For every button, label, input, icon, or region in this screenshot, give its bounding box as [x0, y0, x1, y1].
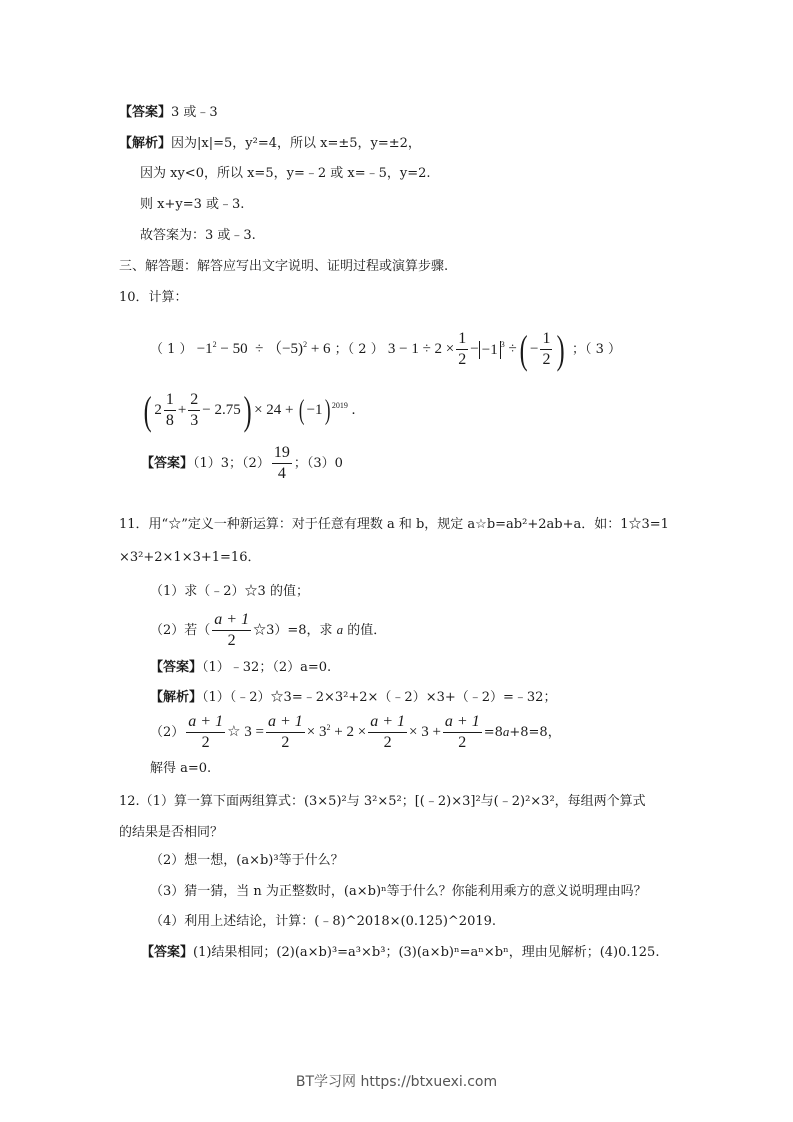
analysis-label: 【解析】: [150, 690, 202, 705]
analysis-text: 因为|x|=5，y²=4，所以 x=±5，y=±2，: [171, 136, 421, 151]
answer-label: 【答案】: [119, 105, 171, 120]
q11-sub-2: （2）若（a + 12☆3）=8，求 a 的值．: [150, 608, 386, 653]
q11-sub-1: （1）求（﹣2）☆3 的值；: [150, 583, 309, 601]
q10-part1-label: （ 1 ）: [150, 342, 193, 357]
q12-answer: 【答案】(1)结果相同；(2)(a×b)³=a³×b³；(3)(a×b)ⁿ=aⁿ…: [141, 944, 659, 962]
answer-text: (1)结果相同；(2)(a×b)³=a³×b³；(3)(a×b)ⁿ=aⁿ×bⁿ，…: [193, 945, 659, 960]
q12-stem-line-1: 12.（1）算一算下面两组算式：(3×5)²与 3²×5²；[(﹣2)×3]²与…: [119, 793, 646, 811]
analysis-label: 【解析】: [119, 136, 171, 151]
analysis-text: （1）（﹣2）☆3=﹣2×3²+2×（﹣2）×3+（﹣2）=﹣32；: [202, 690, 556, 705]
answer-label: 【答案】: [141, 456, 193, 471]
q9-answer: 【答案】3 或﹣3: [119, 104, 218, 122]
q11-analysis-line-1: 【解析】（1）（﹣2）☆3=﹣2×3²+2×（﹣2）×3+（﹣2）=﹣32；: [150, 689, 556, 707]
q11-answer: 【答案】（1）﹣32；（2）a=0.: [150, 659, 331, 677]
q10-problems-line: （ 1 ） −12 − 50 ÷ （−5)2 + 6 ；（ 2 ） 3 − 1 …: [150, 327, 621, 372]
q9-analysis-line-4: 故答案为：3 或﹣3.: [140, 227, 256, 245]
q9-analysis-line-1: 【解析】因为|x|=5，y²=4，所以 x=±5，y=±2，: [119, 135, 421, 153]
q9-analysis-line-2: 因为 xy<0，所以 x=5，y=﹣2 或 x=﹣5，y=2.: [140, 165, 431, 183]
answer-text: 3 或﹣3: [171, 105, 218, 120]
footer-watermark: BT学习网 https://btxuexi.com: [0, 1071, 793, 1091]
q11-analysis-line-3: 解得 a=0.: [150, 760, 211, 778]
q12-stem-line-2: 的结果是否相同？: [119, 824, 223, 842]
q12-sub-2: （2）想一想，(a×b)³等于什么？: [150, 852, 344, 870]
q10-title: 10．计算：: [119, 289, 188, 307]
q9-analysis-line-3: 则 x+y=3 或﹣3.: [140, 196, 244, 214]
q10-answer: 【答案】（1）3；（2）194；（3）0: [141, 443, 343, 484]
q10-part3-label: ；（ 3 ）: [572, 342, 621, 357]
answer-text-part3: ；（3）0: [294, 456, 343, 471]
q11-stem-line-2: ×3²+2×1×3+1=16．: [119, 549, 260, 567]
q10-part2-label: ；（ 2 ）: [335, 342, 384, 357]
answer-label: 【答案】: [141, 945, 193, 960]
q12-sub-4: （4）利用上述结论，计算：(﹣8)^2018×(0.125)^2019.: [150, 913, 496, 931]
answer-text: （1）﹣32；（2）a=0.: [202, 660, 331, 675]
answer-label: 【答案】: [150, 660, 202, 675]
q10-part1-expr: −12 − 50 ÷ （−5)2 + 6: [197, 341, 331, 357]
answer-text-part1: （1）3；（2）: [193, 456, 270, 471]
q11-analysis-line-2: （2）a + 12☆ 3 =a + 12× 32 + 2 ×a + 12× 3 …: [150, 709, 561, 756]
q10-part2-expr: 3 − 1 ÷ 2 ×12−−13 ÷(−12): [388, 341, 568, 357]
q11-stem-line-1: 11．用“☆”定义一种新运算：对于任意有理数 a 和 b，规定 a☆b=ab²+…: [119, 516, 669, 534]
answer-fraction: 194: [272, 443, 292, 484]
q10-part3-expr: (218+23− 2.75)× 24 + (−1)2019 .: [141, 386, 355, 435]
q12-sub-3: （3）猜一猜，当 n 为正整数时，(a×b)ⁿ等于什么？你能利用乘方的意义说明理…: [150, 883, 647, 901]
section-heading: 三、解答题：解答应写出文字说明、证明过程或演算步骤.: [119, 258, 448, 276]
